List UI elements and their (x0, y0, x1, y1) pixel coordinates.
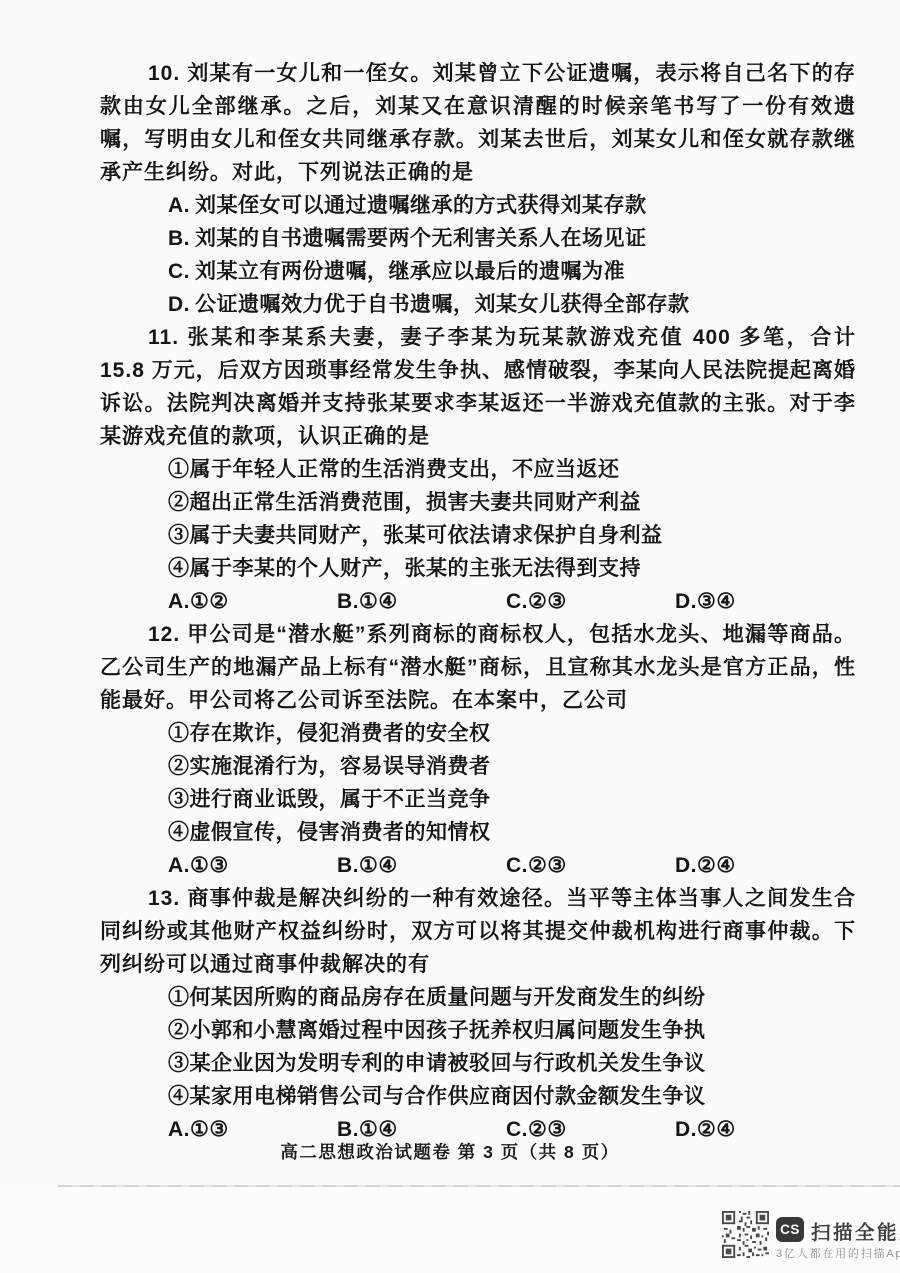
statement-marker: ④ (168, 557, 190, 580)
answer-label: B. (337, 590, 359, 613)
option-text: 公证遗嘱效力优于自书遗嘱，刘某女儿获得全部存款 (195, 293, 690, 316)
question-11-statement-4: ④属于李某的个人财产，张某的主张无法得到支持 (168, 552, 856, 585)
answer-choice-a: A.①③ (168, 849, 337, 882)
answer-label: A. (168, 590, 190, 613)
exam-page: 10. 刘某有一女儿和一侄女。刘某曾立下公证遗嘱，表示将自己名下的存款由女儿全部… (0, 0, 900, 1273)
question-12: 12. 甲公司是“潜水艇”系列商标的商标权人，包括水龙头、地漏等商品。乙公司生产… (100, 618, 856, 882)
question-10-option-b: B.刘某的自书遗嘱需要两个无利害关系人在场见证 (168, 222, 856, 255)
question-12-stem-text: 甲公司是“潜水艇”系列商标的商标权人，包括水龙头、地漏等商品。乙公司生产的地漏产… (100, 623, 856, 712)
statement-text: 小郭和小慧离婚过程中因孩子抚养权归属问题发生争执 (190, 1019, 706, 1042)
answer-choice-b: B.①④ (337, 585, 506, 618)
statement-text: 何某因所购的商品房存在质量问题与开发商发生的纠纷 (190, 986, 706, 1009)
answer-choice-c: C.②③ (506, 585, 675, 618)
question-11-stem-text: 张某和李某系夫妻，妻子李某为玩某款游戏充值 400 多笔，合计 15.8 万元，… (100, 326, 856, 448)
qr-code-icon (722, 1211, 769, 1258)
statement-marker: ③ (168, 788, 190, 811)
option-text: 刘某立有两份遗嘱，继承应以最后的遗嘱为准 (195, 260, 625, 283)
statement-marker: ④ (168, 1085, 190, 1108)
statement-text: 某家用电梯销售公司与合作供应商因付款金额发生争议 (190, 1085, 706, 1108)
answer-choice-c: C.②③ (506, 849, 675, 882)
question-10-option-c: C.刘某立有两份遗嘱，继承应以最后的遗嘱为准 (168, 255, 856, 288)
camscanner-watermark: CS 扫描全能王 3亿人都在用的扫描App (720, 1209, 890, 1261)
answer-value: ③④ (697, 590, 736, 613)
question-12-statement-1: ①存在欺诈，侵犯消费者的安全权 (168, 717, 856, 750)
statement-marker: ① (168, 722, 190, 745)
question-13-stem: 13. 商事仲裁是解决纠纷的一种有效途径。当平等主体当事人之间发生合同纠纷或其他… (100, 882, 856, 981)
answer-label: D. (675, 590, 697, 613)
answer-label: B. (337, 1118, 359, 1141)
question-13-statement-1: ①何某因所购的商品房存在质量问题与开发商发生的纠纷 (168, 981, 856, 1014)
answer-label: A. (168, 1118, 190, 1141)
option-text: 刘某侄女可以通过遗嘱继承的方式获得刘某存款 (195, 194, 647, 217)
answer-label: D. (675, 1118, 697, 1141)
answer-label: A. (168, 854, 190, 877)
statement-marker: ② (168, 755, 190, 778)
answer-value: ①④ (359, 590, 398, 613)
question-12-statement-3: ③进行商业诋毁，属于不正当竞争 (168, 783, 856, 816)
camscanner-brand-text: 扫描全能王 (811, 1217, 900, 1245)
answer-value: ②④ (697, 854, 736, 877)
question-10-stem: 10. 刘某有一女儿和一侄女。刘某曾立下公证遗嘱，表示将自己名下的存款由女儿全部… (100, 57, 856, 189)
question-11-number: 11. (148, 326, 179, 349)
page-footer: 高二思想政治试题卷 第 3 页（共 8 页） (0, 1139, 900, 1164)
statement-text: 虚假宣传，侵害消费者的知情权 (190, 821, 491, 844)
question-10-number: 10. (148, 62, 180, 85)
question-13-statement-2: ②小郭和小慧离婚过程中因孩子抚养权归属问题发生争执 (168, 1014, 856, 1047)
answer-value: ①③ (190, 1118, 229, 1141)
statement-marker: ③ (168, 524, 190, 547)
statement-marker: ② (168, 1019, 190, 1042)
question-12-number: 12. (148, 623, 180, 646)
answer-value: ①③ (190, 854, 229, 877)
option-marker: C. (168, 260, 190, 283)
question-11-answers: A.①② B.①④ C.②③ D.③④ (168, 585, 856, 618)
answer-value: ①④ (359, 1118, 398, 1141)
statement-marker: ① (168, 458, 190, 481)
question-10-option-a: A.刘某侄女可以通过遗嘱继承的方式获得刘某存款 (168, 189, 856, 222)
question-11-statement-2: ②超出正常生活消费范围，损害夫妻共同财产利益 (168, 486, 856, 519)
answer-label: B. (337, 854, 359, 877)
answer-value: ②③ (528, 1118, 567, 1141)
statement-marker: ② (168, 491, 190, 514)
statement-marker: ③ (168, 1052, 190, 1075)
question-13-statement-4: ④某家用电梯销售公司与合作供应商因付款金额发生争议 (168, 1080, 856, 1113)
question-12-statement-2: ②实施混淆行为，容易误导消费者 (168, 750, 856, 783)
statement-marker: ① (168, 986, 190, 1009)
question-12-answers: A.①③ B.①④ C.②③ D.②④ (168, 849, 856, 882)
answer-label: D. (675, 854, 697, 877)
answer-value: ②③ (528, 854, 567, 877)
statement-text: 存在欺诈，侵犯消费者的安全权 (190, 722, 491, 745)
answer-value: ②④ (697, 1118, 736, 1141)
question-13-number: 13. (148, 887, 180, 910)
answer-value: ②③ (528, 590, 567, 613)
answer-label: C. (506, 854, 528, 877)
option-marker: A. (168, 194, 190, 217)
camscanner-logo-icon: CS (776, 1217, 804, 1242)
question-11: 11. 张某和李某系夫妻，妻子李某为玩某款游戏充值 400 多笔，合计 15.8… (100, 321, 856, 618)
option-text: 刘某的自书遗嘱需要两个无利害关系人在场见证 (195, 227, 647, 250)
question-12-statement-4: ④虚假宣传，侵害消费者的知情权 (168, 816, 856, 849)
question-10-stem-text: 刘某有一女儿和一侄女。刘某曾立下公证遗嘱，表示将自己名下的存款由女儿全部继承。之… (100, 62, 856, 184)
answer-value: ①④ (359, 854, 398, 877)
answer-choice-d: D.③④ (675, 585, 736, 618)
exam-content: 10. 刘某有一女儿和一侄女。刘某曾立下公证遗嘱，表示将自己名下的存款由女儿全部… (100, 57, 856, 1146)
answer-label: C. (506, 590, 528, 613)
question-13: 13. 商事仲裁是解决纠纷的一种有效途径。当平等主体当事人之间发生合同纠纷或其他… (100, 882, 856, 1146)
answer-choice-a: A.①② (168, 585, 337, 618)
question-12-stem: 12. 甲公司是“潜水艇”系列商标的商标权人，包括水龙头、地漏等商品。乙公司生产… (100, 618, 856, 717)
question-11-statement-3: ③属于夫妻共同财产，张某可依法请求保护自身利益 (168, 519, 856, 552)
answer-choice-b: B.①④ (337, 849, 506, 882)
option-marker: D. (168, 293, 190, 316)
option-marker: B. (168, 227, 190, 250)
question-10-option-d: D.公证遗嘱效力优于自书遗嘱，刘某女儿获得全部存款 (168, 288, 856, 321)
statement-text: 属于李某的个人财产，张某的主张无法得到支持 (190, 557, 642, 580)
question-10: 10. 刘某有一女儿和一侄女。刘某曾立下公证遗嘱，表示将自己名下的存款由女儿全部… (100, 57, 856, 321)
statement-text: 超出正常生活消费范围，损害夫妻共同财产利益 (190, 491, 642, 514)
question-11-stem: 11. 张某和李某系夫妻，妻子李某为玩某款游戏充值 400 多笔，合计 15.8… (100, 321, 856, 453)
statement-text: 属于年轻人正常的生活消费支出，不应当返还 (190, 458, 620, 481)
answer-label: C. (506, 1118, 528, 1141)
question-13-stem-text: 商事仲裁是解决纠纷的一种有效途径。当平等主体当事人之间发生合同纠纷或其他财产权益… (100, 887, 856, 976)
statement-text: 属于夫妻共同财产，张某可依法请求保护自身利益 (190, 524, 663, 547)
statement-text: 实施混淆行为，容易误导消费者 (190, 755, 491, 778)
camscanner-tagline: 3亿人都在用的扫描App (776, 1245, 900, 1261)
question-11-statement-1: ①属于年轻人正常的生活消费支出，不应当返还 (168, 453, 856, 486)
question-13-statement-3: ③某企业因为发明专利的申请被驳回与行政机关发生争议 (168, 1047, 856, 1080)
statement-marker: ④ (168, 821, 190, 844)
statement-text: 进行商业诋毁，属于不正当竞争 (190, 788, 491, 811)
statement-text: 某企业因为发明专利的申请被驳回与行政机关发生争议 (190, 1052, 706, 1075)
answer-value: ①② (190, 590, 229, 613)
answer-choice-d: D.②④ (675, 849, 736, 882)
